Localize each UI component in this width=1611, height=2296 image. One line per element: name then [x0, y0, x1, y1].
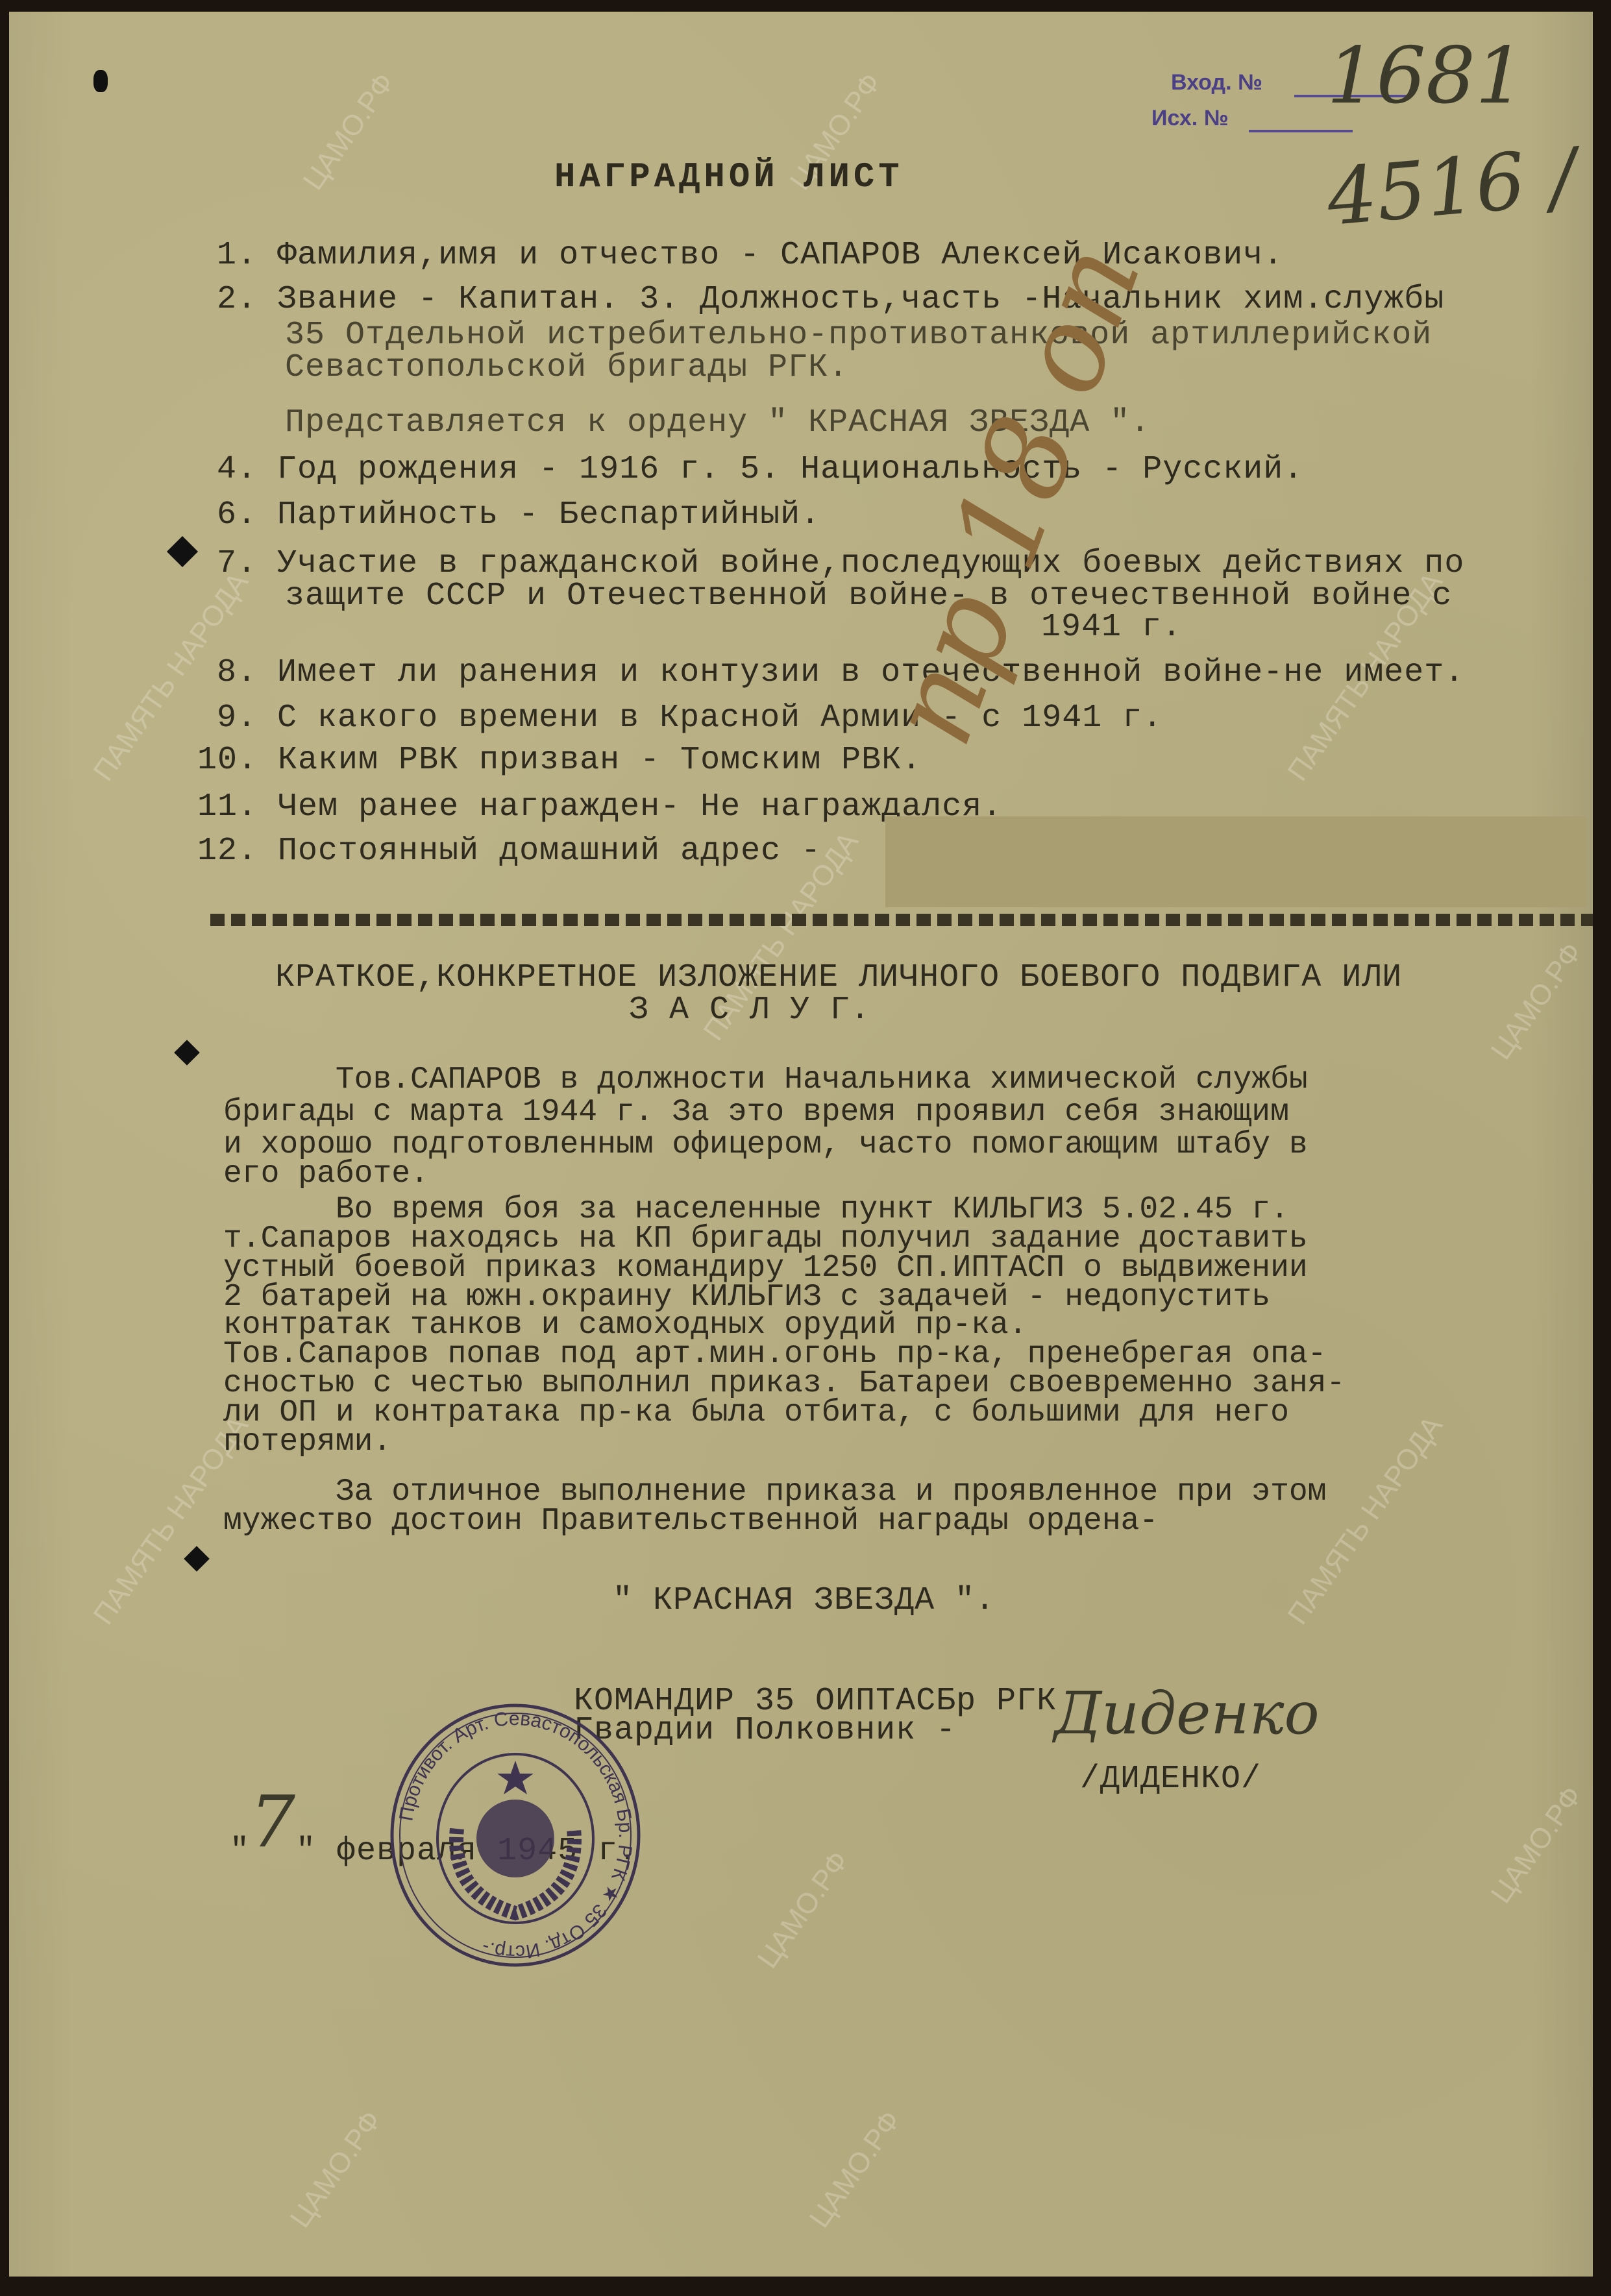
narrative-line: потерями.	[223, 1425, 391, 1459]
field-number: 2.	[217, 281, 257, 318]
commander-signature: Диденко	[1054, 1679, 1320, 1748]
field-7-continued: 1941 г.	[1041, 609, 1182, 646]
narrative-line: его работе.	[223, 1157, 429, 1191]
margin-mark	[93, 70, 108, 92]
field-number: 8.	[217, 654, 257, 691]
date-quote-open: "	[230, 1833, 250, 1870]
commander-name: /ДИДЕНКО/	[1080, 1761, 1261, 1798]
outgoing-number-label: Исх. №	[1151, 106, 1229, 131]
pencil-archive-note: 4516 / 115	[1324, 123, 1593, 238]
section-divider	[210, 914, 1593, 922]
incoming-number-handwritten: 1681	[1327, 31, 1525, 121]
award-document-page: ПАМЯТЬ НАРОДА ПАМЯТЬ НАРОДА ПАМЯТЬ НАРОД…	[9, 12, 1593, 2277]
field-text: Участие в гражданской войне,последующих …	[277, 545, 1464, 582]
field-3-continued: 35 Отдельной истребительно-противотанков…	[285, 317, 1432, 354]
watermark: ЦАМО.РФ	[284, 2105, 388, 2234]
watermark: ЦАМО.РФ	[297, 67, 401, 196]
field-number: 7.	[217, 545, 257, 582]
field-11: 11. Чем ранее награжден- Не награждался.	[197, 788, 1002, 825]
field-4-5: 4. Год рождения - 1916 г. 5. Национально…	[217, 451, 1303, 488]
field-text: Имеет ли ранения и контузии в отечествен…	[277, 654, 1464, 691]
incoming-number-label: Вход. №	[1171, 70, 1262, 95]
field-text: Партийность - Беспартийный.	[277, 496, 820, 533]
redacted-address	[885, 816, 1586, 907]
field-10: 10. Каким РВК призван - Томским РВК.	[197, 742, 922, 779]
watermark: ЦАМО.РФ	[1485, 1781, 1589, 1909]
field-12: 12. Постоянный домашний адрес -	[197, 833, 821, 870]
outgoing-number-underline	[1249, 130, 1353, 132]
margin-mark	[167, 536, 198, 567]
margin-mark	[174, 1040, 200, 1066]
field-text: Звание - Капитан. 3. Должность,часть -На…	[277, 281, 1444, 318]
watermark: ЦАМО.РФ	[752, 1846, 855, 1974]
award-quote: " КРАСНАЯ ЗВЕЗДА ".	[613, 1582, 995, 1619]
field-number: 4.	[217, 451, 257, 488]
field-number: 11.	[197, 788, 258, 825]
field-text: С какого времени в Красной Армии - с 194…	[277, 700, 1162, 737]
watermark: ЦАМО.РФ	[804, 2105, 907, 2234]
date-day-handwritten: 7	[250, 1780, 296, 1863]
section-heading-line2: З А С Л У Г.	[629, 992, 870, 1029]
watermark: ЦАМО.РФ	[1485, 937, 1589, 1066]
narrative-line: мужество достоин Правительственной награ…	[223, 1504, 1158, 1538]
field-2-3: 2. Звание - Капитан. 3. Должность,часть …	[217, 281, 1444, 318]
field-number: 6.	[217, 496, 257, 533]
field-number: 12.	[197, 833, 258, 870]
margin-mark	[184, 1546, 210, 1572]
field-3-continued: Севастопольской бригады РГК.	[285, 349, 848, 386]
field-number: 1.	[217, 237, 257, 274]
field-text: Каким РВК призван - Томским РВК.	[278, 742, 922, 779]
document-title: НАГРАДНОЙ ЛИСТ	[554, 158, 904, 197]
watermark: ПАМЯТЬ НАРОДА	[1281, 1410, 1449, 1630]
field-6: 6. Партийность - Беспартийный.	[217, 496, 820, 533]
field-7: 7. Участие в гражданской войне,последующ…	[217, 545, 1464, 582]
field-9: 9. С какого времени в Красной Армии - с …	[217, 700, 1162, 737]
field-text: Год рождения - 1916 г. 5. Национальность…	[277, 451, 1303, 488]
narrative-line: Тов.САПАРОВ в должности Начальника химич…	[223, 1063, 1308, 1097]
field-8: 8. Имеет ли ранения и контузии в отечест…	[217, 654, 1464, 691]
unit-seal: Противот. Арт. Севастопольская Бр. РГК ★…	[386, 1699, 645, 1972]
field-number: 9.	[217, 700, 257, 737]
section-heading: КРАТКОЕ,КОНКРЕТНОЕ ИЗЛОЖЕНИЕ ЛИЧНОГО БОЕ…	[275, 959, 1402, 996]
narrative-line: бригады с марта 1944 г. За это время про…	[223, 1095, 1289, 1129]
field-7-continued: защите СССР и Отечественной войне- в оте…	[285, 578, 1452, 615]
field-text: Постоянный домашний адрес -	[278, 833, 821, 870]
field-number: 10.	[197, 742, 258, 779]
